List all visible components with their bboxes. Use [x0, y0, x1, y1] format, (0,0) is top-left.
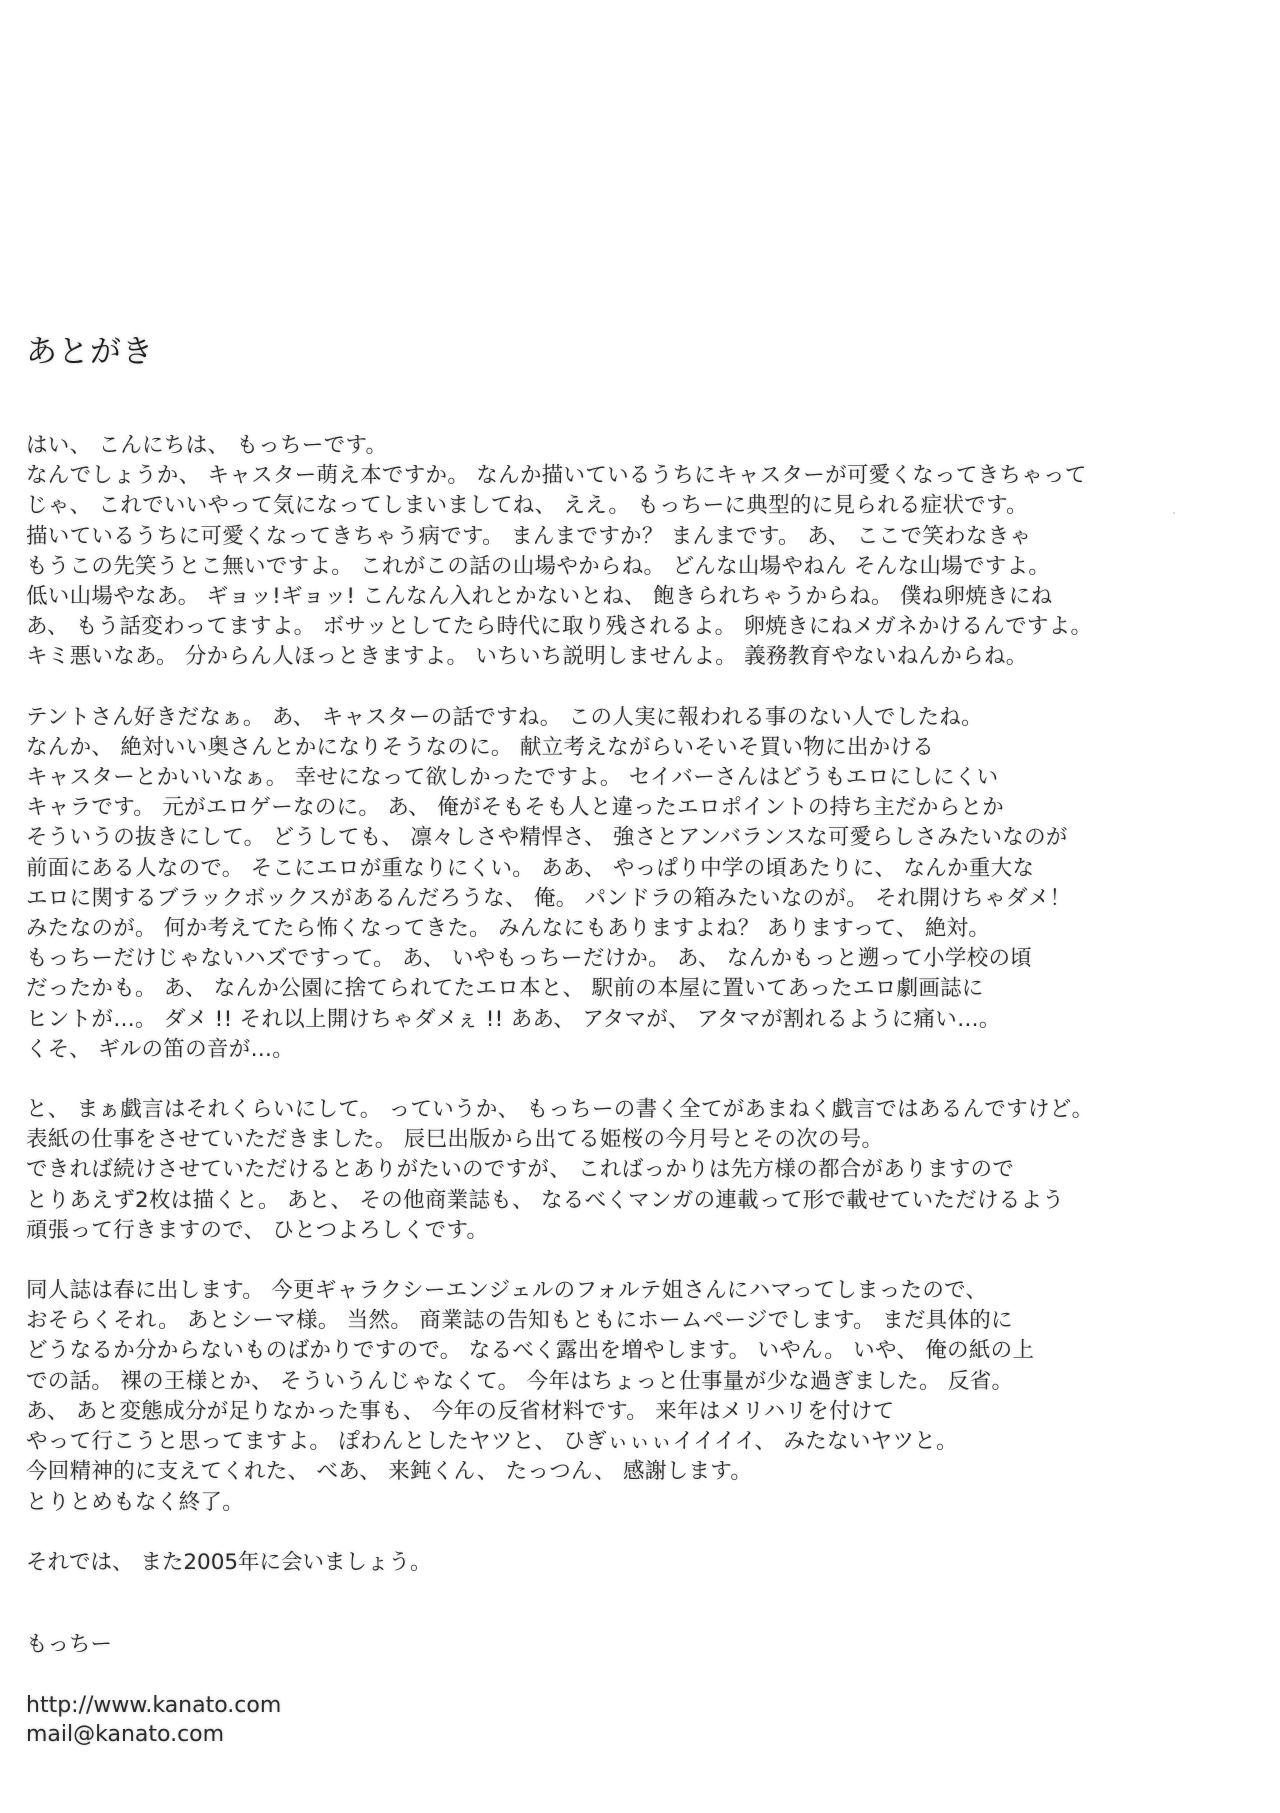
text-line: できれば続けさせていただけるとありがたいのですが、 こればっかりは先方様の都合が… [26, 1155, 1256, 1185]
afterword-page: あとがき はい、 こんにちは、 もっちーです。 なんでしょうか、 キャスター萌え… [0, 0, 1280, 1813]
text-line: みたなのが。 何か考えてたら怖くなってきた。 みんなにもありますよね？ あります… [26, 914, 1256, 944]
text-line: くそ、 ギルの笛の音が…。 [26, 1035, 1256, 1065]
contact-info: http://www.kanato.com mail@kanato.com [26, 1691, 281, 1749]
text-line: じゃ、 これでいいやって気になってしまいましてね、 ええ。 もっちーに典型的に見… [26, 491, 1256, 521]
text-line: とりとめもなく終了。 [26, 1488, 1256, 1518]
text-line: キミ悪いなあ。 分からん人ほっときますよ。 いちいち説明しませんよ。 義務教育や… [26, 642, 1256, 672]
text-line: 前面にある人なので。 そこにエロが重なりにくい。 ああ、 やっぱり中学の頃あたり… [26, 854, 1256, 884]
text-line: とりあえず2枚は描くと。 あと、 その他商業誌も、 なるべくマンガの連載って形で… [26, 1186, 1256, 1216]
paragraph-3: と、 まぁ戯言はそれくらいにして。 っていうか、 もっちーの書く全てがあまねく戯… [26, 1095, 1256, 1246]
text-line: 低い山場やなあ。 ギョッ!ギョッ! こんなん入れとかないとね、 飽きられちゃうか… [26, 582, 1256, 612]
closing-line: それでは、 また2005年に会いましょう。 [26, 1545, 432, 1576]
text-line: なんか、 絶対いい奥さんとかになりそうなのに。 献立考えながらいそいそ買い物に出… [26, 733, 1256, 763]
text-line: ヒントが…。 ダメ !! それ以上開けちゃダメぇ !! ああ、 アタマが、 アタ… [26, 1005, 1256, 1035]
text-line: どうなるか分からないものばかりですので。 なるべく露出を増やします。 いやん。 … [26, 1336, 1256, 1366]
afterword-body: はい、 こんにちは、 もっちーです。 なんでしょうか、 キャスター萌え本ですか。… [26, 431, 1256, 1548]
text-line: おそらくそれ。 あとシーマ様。 当然。 商業誌の告知もともにホームページでします… [26, 1306, 1256, 1336]
page-title: あとがき [26, 326, 154, 371]
text-line: と、 まぁ戯言はそれくらいにして。 っていうか、 もっちーの書く全てがあまねく戯… [26, 1095, 1256, 1125]
text-line: キャラです。 元がエロゲーなのに。 あ、 俺がそもそも人と違ったエロポイントの持… [26, 793, 1256, 823]
text-line: 表紙の仕事をさせていただきました。 辰巳出版から出てる姫桜の今月号とその次の号。 [26, 1125, 1256, 1155]
text-line: 今回精神的に支えてくれた、 べあ、 来鈍くん、 たっつん、 感謝します。 [26, 1457, 1256, 1487]
text-line: 頑張って行きますので、 ひとつよろしくです。 [26, 1216, 1256, 1246]
text-line: なんでしょうか、 キャスター萌え本ですか。 なんか描いているうちにキャスターが可… [26, 461, 1256, 491]
text-line: テントさん好きだなぁ。 あ、 キャスターの話ですね。 この人実に報われる事のない… [26, 703, 1256, 733]
text-line: エロに関するブラックボックスがあるんだろうな、 俺。 パンドラの箱みたいなのが。… [26, 884, 1256, 914]
text-line: 描いているうちに可愛くなってきちゃう病です。 まんまですか？ まんまです。 あ、… [26, 522, 1256, 552]
paragraph-1: はい、 こんにちは、 もっちーです。 なんでしょうか、 キャスター萌え本ですか。… [26, 431, 1256, 673]
text-line: そういうの抜きにして。 どうしても、 凛々しさや精悍さ、 強さとアンバランスな可… [26, 823, 1256, 853]
text-line: キャスターとかいいなぁ。 幸せになって欲しかったですよ。 セイバーさんはどうもエ… [26, 763, 1256, 793]
website-url: http://www.kanato.com [26, 1691, 281, 1720]
text-line: やって行こうと思ってますよ。 ぽわんとしたヤツと、 ひぎぃぃぃイイイイ、 みたな… [26, 1427, 1256, 1457]
text-line: もっちーだけじゃないハズですって。 あ、 いやもっちーだけか。 あ、 なんかもっ… [26, 944, 1256, 974]
text-line: 同人誌は春に出します。 今更ギャラクシーエンジェルのフォルテ姐さんにハマってしま… [26, 1276, 1256, 1306]
author-signature: もっちー [26, 1627, 112, 1658]
text-line: あ、 あと変態成分が足りなかった事も、 今年の反省材料です。 来年はメリハリを付… [26, 1397, 1256, 1427]
scan-speck [1173, 512, 1175, 514]
text-line: はい、 こんにちは、 もっちーです。 [26, 431, 1256, 461]
paragraph-4: 同人誌は春に出します。 今更ギャラクシーエンジェルのフォルテ姐さんにハマってしま… [26, 1276, 1256, 1518]
text-line: もうこの先笑うとこ無いですよ。 これがこの話の山場やからね。 どんな山場やねん … [26, 552, 1256, 582]
text-line: あ、 もう話変わってますよ。 ボサッとしてたら時代に取り残されるよ。 卵焼きにね… [26, 612, 1256, 642]
text-line: だったかも。 あ、 なんか公園に捨てられてたエロ本と、 駅前の本屋に置いてあった… [26, 974, 1256, 1004]
email-address: mail@kanato.com [26, 1720, 281, 1749]
text-line: での話。 裸の王様とか、 そういうんじゃなくて。 今年はちょっと仕事量が少な過ぎ… [26, 1367, 1256, 1397]
paragraph-2: テントさん好きだなぁ。 あ、 キャスターの話ですね。 この人実に報われる事のない… [26, 703, 1256, 1065]
